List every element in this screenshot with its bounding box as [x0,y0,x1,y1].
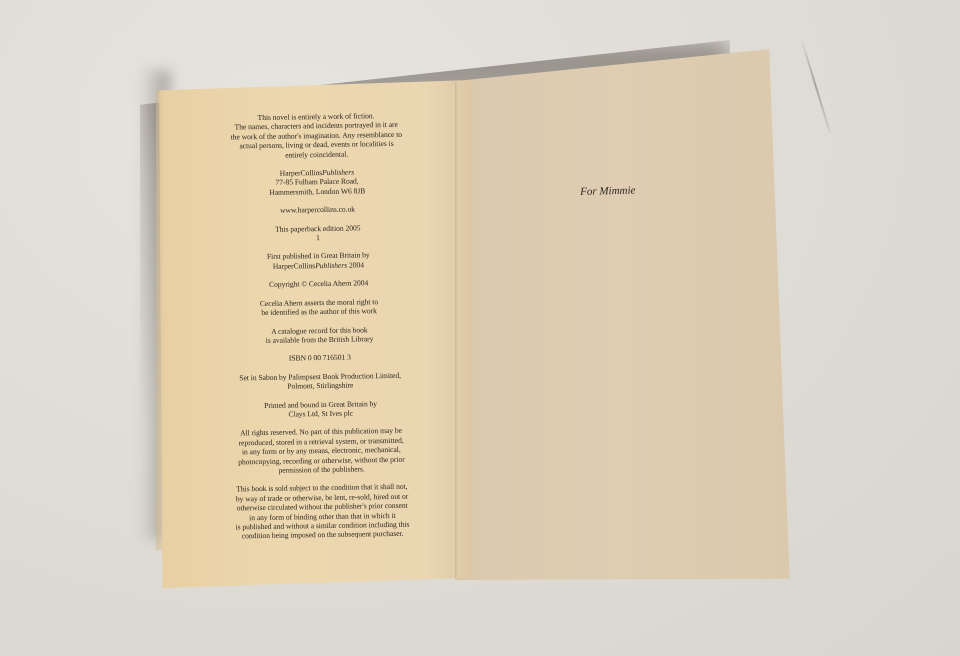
dedication-text: For Mimmie [580,185,636,198]
moral-right: Cecelia Ahern asserts the moral right to… [199,296,439,319]
copyright-notice: Copyright © Cecelia Ahern 2004 [199,277,439,290]
book-gutter [455,82,458,578]
publisher-address: HarperCollinsPublishers 77-85 Fulham Pal… [197,166,437,198]
publisher-name-italic: Publishers [322,168,354,178]
publisher-name-plain: HarperCollins [273,261,316,271]
publisher-name-italic: Publishers [315,261,347,271]
rights-reserved: All rights reserved. No part of this pub… [201,426,442,477]
isbn-line: ISBN 0 00 716501 3 [200,352,440,365]
year: 2004 [347,260,364,269]
right-page [455,48,791,582]
copyright-line: Copyright © Cecelia Ahern 2004 [199,277,439,290]
isbn: ISBN 0 00 716501 3 [200,352,440,365]
sale-conditions: This book is sold subject to the conditi… [202,482,443,542]
publisher-name-plain: HarperCollins [280,168,323,178]
typesetting-info: Set in Sabon by Palimpsest Book Producti… [200,370,440,393]
first-published: First published in Great Britain by Harp… [198,250,438,273]
fiction-notice: This novel is entirely a work of fiction… [196,110,437,161]
website-text: www.harpercollins.co.uk [197,203,437,216]
edition-info: This paperback edition 2005 1 [198,222,438,245]
publisher-website: www.harpercollins.co.uk [197,203,437,216]
printing-info: Printed and bound in Great Britain by Cl… [201,398,441,421]
copyright-page-text: This novel is entirely a work of fiction… [196,110,443,551]
page-stack-edge [156,90,164,550]
catalogue-record: A catalogue record for this book is avai… [199,324,439,347]
